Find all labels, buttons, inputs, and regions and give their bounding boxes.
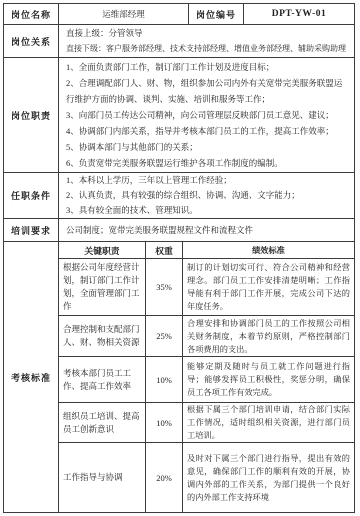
- performance-standard: 及时对下属三个部门进行指导，提出有效的意见，确保部门工作的顺利有效的开展，协调内…: [187, 452, 350, 504]
- assessment-label: 考核标准: [4, 242, 59, 512]
- superior-line: 直接上级：分管领导: [66, 26, 348, 41]
- performance-standard: 合理安排和协调部门员工的工作按照公司相关财务制度，本着节约原则，严格控制部门各项…: [187, 317, 350, 356]
- duties-label: 岗位职责: [4, 58, 59, 172]
- key-duty: 组织员工培训、提高员工创新意识: [63, 410, 141, 436]
- performance-standard: 根据下属三个部门培训申请，结合部门实际工作情况，适时组织相关资源，进行部门员工培…: [187, 403, 350, 442]
- duty-item: 6、负责宽带完美服务联盟运行维护各项工作制度的编制。: [66, 155, 348, 171]
- key-duty: 工作指导与协调: [63, 471, 123, 484]
- duty-item: 5、协调本部门与其他部门的关系；: [66, 139, 348, 155]
- qualification-item: 2、认真负责，具有较强的综合组织、协调、沟通、文字能力；: [66, 188, 348, 203]
- assessment-header: 关键职责 权重 绩效标准: [59, 242, 354, 258]
- key-duty: 考核本部门员工工作、提高工作效率: [63, 367, 141, 393]
- duty-item: 3、向部门员工传达公司精神，向公司管理层反映部门员工意见、建议；: [66, 107, 348, 123]
- duty-item: 2、合理调配部门人、财、物，组织参加公司内外有关宽带完美服务联盟运行维护方面的协…: [66, 75, 348, 107]
- position-code-label: 岗位编号: [188, 4, 243, 24]
- training-row: 培训要求 公司制度；宽带完美服务联盟规程文件和流程文件: [4, 218, 354, 241]
- qualifications-label: 任职条件: [4, 173, 59, 218]
- qualifications-content: 1、本科以上学历，三年以上管理工作经验； 2、认真负责，具有较强的综合组织、协调…: [59, 173, 354, 218]
- relations-row: 岗位关系 直接上级：分管领导 直接下级：客户服务部经理、技术支持部经理、增值业务…: [4, 24, 354, 57]
- qualification-item: 3、具有较全面的技术、管理知识。: [66, 203, 348, 218]
- assessment-row-1: 根据公司年度经营计划，制订部门工作计划，全面管理部门工作 35% 制订的计划切实…: [59, 258, 354, 315]
- performance-standard: 制订的计划切实可行、符合公司精神和经营理念。部门员工工作安排清楚明晰；工作指导能…: [187, 261, 350, 313]
- duty-item: 4、协调部门内部关系，指导并考核本部门员工的工作，提高工作效率；: [66, 123, 348, 139]
- training-content: 公司制度；宽带完美服务联盟规程文件和流程文件: [59, 219, 354, 241]
- duty-item: 1、全面负责部门工作，制订部门工作计划及进度目标；: [66, 59, 348, 75]
- col-weight: 权重: [145, 242, 183, 258]
- position-name-label: 岗位名称: [4, 4, 59, 24]
- duties-row: 岗位职责 1、全面负责部门工作，制订部门工作计划及进度目标； 2、合理调配部门人…: [4, 57, 354, 172]
- assessment-row-2: 合理控制和支配部门人、财、物相关资源 25% 合理安排和协调部门员工的工作按照公…: [59, 315, 354, 356]
- assessment-row-5: 工作指导与协调 20% 及时对下属三个部门进行指导，提出有效的意见，确保部门工作…: [59, 442, 354, 512]
- job-description-table: 岗位名称 运维部经理 岗位编号 DPT-YW-01 岗位关系 直接上级：分管领导…: [3, 3, 355, 513]
- qualification-item: 1、本科以上学历，三年以上管理工作经验；: [66, 173, 348, 188]
- weight-value: 10%: [145, 403, 183, 442]
- qualifications-row: 任职条件 1、本科以上学历，三年以上管理工作经验； 2、认真负责，具有较强的综合…: [4, 172, 354, 218]
- weight-value: 25%: [145, 316, 183, 356]
- assessment-row-3: 考核本部门员工工作、提高工作效率 10% 能够定期及随时与员工就工作问题进行指导…: [59, 356, 354, 402]
- relations-content: 直接上级：分管领导 直接下级：客户服务部经理、技术支持部经理、增值业务部经理、辅…: [59, 25, 354, 57]
- assessment-row-4: 组织员工培训、提高员工创新意识 10% 根据下属三个部门培训申请，结合部门实际工…: [59, 402, 354, 442]
- subordinate-line: 直接下级：客户服务部经理、技术支持部经理、增值业务部经理、辅助采购助理: [66, 41, 348, 56]
- training-text: 公司制度；宽带完美服务联盟规程文件和流程文件: [66, 223, 348, 237]
- weight-value: 20%: [145, 443, 183, 512]
- weight-value: 35%: [145, 259, 183, 315]
- training-label: 培训要求: [4, 219, 59, 241]
- duties-content: 1、全面负责部门工作，制订部门工作计划及进度目标； 2、合理调配部门人、财、物，…: [59, 58, 354, 172]
- col-key-duty: 关键职责: [59, 242, 145, 258]
- weight-value: 10%: [145, 357, 183, 402]
- col-standard: 绩效标准: [183, 242, 354, 258]
- position-name-value: 运维部经理: [59, 4, 188, 24]
- position-code-value: DPT-YW-01: [243, 4, 354, 24]
- performance-standard: 能够定期及随时与员工就工作问题进行指导；能够发挥员工积极性，奖惩分明，确保员工各…: [187, 360, 350, 399]
- relations-label: 岗位关系: [4, 25, 59, 57]
- header-row: 岗位名称 运维部经理 岗位编号 DPT-YW-01: [4, 4, 354, 24]
- key-duty: 合理控制和支配部门人、财、物相关资源: [63, 323, 141, 349]
- key-duty: 根据公司年度经营计划，制订部门工作计划，全面管理部门工作: [63, 261, 141, 313]
- assessment-row: 考核标准 关键职责 权重 绩效标准 根据公司年度经营计划，制订部门工作计划，全面…: [4, 241, 354, 512]
- assessment-table: 关键职责 权重 绩效标准 根据公司年度经营计划，制订部门工作计划，全面管理部门工…: [59, 242, 354, 512]
